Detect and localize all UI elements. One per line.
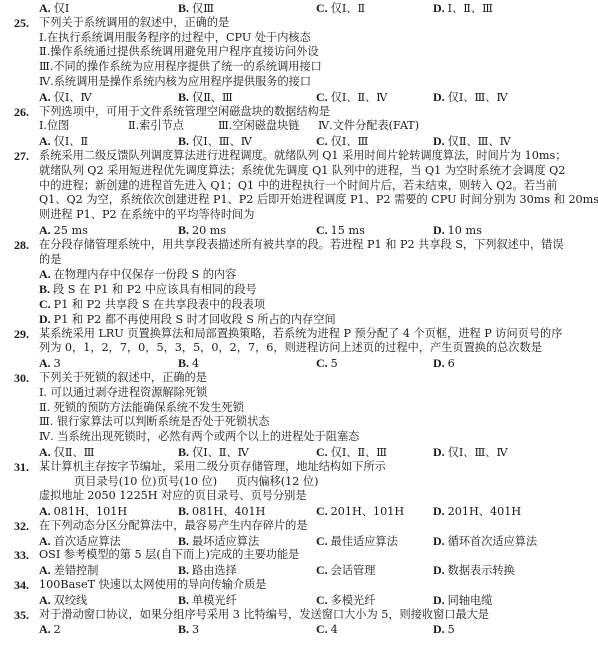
- statement: Ⅱ.操作系统通过提供系统调用避免用户程序直接访问外设: [39, 45, 319, 60]
- question-number: 29.: [14, 327, 29, 342]
- question-28-stem: 28. 在分段存储管理系统中，用共享段表描述所有被共享的段。若进程 P1 和 P…: [0, 238, 598, 253]
- option-c: C.5: [316, 356, 338, 372]
- prev-options-row: A.仅Ⅰ B.仅Ⅲ C.仅Ⅰ、Ⅱ D.Ⅰ、Ⅱ、Ⅲ: [0, 1, 598, 16]
- option-a: A.在物理内存中仅保存一份段 S 的内容: [39, 267, 236, 283]
- question-27-stem: 27. 系统采用二级反馈队列调度算法进行进程调度。就绪队列 Q1 采用时间片轮转…: [0, 149, 598, 164]
- option-d: D.仅Ⅰ、Ⅲ、Ⅳ: [433, 445, 508, 461]
- option-a: A.081H、101H: [39, 504, 127, 520]
- option-d: D.201H、401H: [433, 504, 521, 520]
- option-d: D.Ⅰ、Ⅱ、Ⅲ: [433, 1, 493, 17]
- option-b: B.4: [178, 356, 199, 372]
- option-b: B.仅Ⅲ: [178, 1, 214, 17]
- statement: Ⅳ.系统调用是操作系统内核为应用程序提供服务的接口: [39, 75, 311, 90]
- option-a: A.仅Ⅰ、Ⅱ: [39, 134, 88, 150]
- question-number: 33.: [14, 548, 29, 563]
- option-c: C.会话管理: [316, 563, 375, 579]
- question-30-stem: 30. 下列关于死锁的叙述中，正确的是: [0, 371, 598, 386]
- option-a: A.25 ms: [39, 223, 88, 239]
- option-b: B.仅Ⅱ、Ⅲ: [178, 90, 233, 106]
- option-d: D.仅Ⅱ、Ⅲ、Ⅳ: [433, 134, 511, 150]
- stem-continuation: 虚拟地址 2050 1225H 对应的页目录号、页号分别是: [39, 489, 307, 504]
- question-35-options: A.2 B.3 C.4 D.5: [0, 622, 598, 637]
- item: Ⅳ.文件分配表(FAT): [318, 119, 419, 134]
- question-number: 28.: [14, 238, 29, 253]
- question-26-stem: 26. 下列选项中，可用于文件系统管理空闲磁盘块的数据结构是: [0, 105, 598, 120]
- option-a: A.仅Ⅰ、Ⅳ: [39, 90, 92, 106]
- question-32-options: A.首次适应算法 B.最坏适应算法 C.最佳适应算法 D.循环首次适应算法: [0, 534, 598, 549]
- option-d: D.6: [433, 356, 455, 372]
- question-number: 26.: [14, 105, 29, 120]
- option-b: B.仅Ⅰ、Ⅲ、Ⅳ: [178, 134, 252, 150]
- question-number: 34.: [14, 578, 29, 593]
- option-d: D.5: [433, 622, 455, 638]
- question-33-stem: 33. OSI 参考模型的第 5 层(自下而上)完成的主要功能是: [0, 548, 598, 563]
- option-c: C.仅Ⅰ、Ⅱ、Ⅳ: [316, 90, 387, 106]
- option-b: B.仅Ⅰ、Ⅱ、Ⅳ: [178, 445, 249, 461]
- option-b: B.081H、401H: [178, 504, 265, 520]
- stem-continuation: 中的进程；新创建的进程首先进入 Q1；Q1 中的进程执行一个时间片后，若未结束，…: [39, 179, 557, 194]
- question-number: 35.: [14, 608, 29, 623]
- question-34-stem: 34. 100BaseT 快速以太网使用的导向传输介质是: [0, 578, 598, 593]
- option-c: C.仅Ⅰ、Ⅲ: [316, 134, 368, 150]
- address-field: 页目录号(10 位): [74, 475, 156, 490]
- statement: Ⅱ. 死锁的预防方法能确保系统不发生死锁: [39, 401, 244, 416]
- option-c: C.15 ms: [316, 223, 365, 239]
- question-29-options: A.3 B.4 C.5 D.6: [0, 356, 598, 371]
- question-27-options: A.25 ms B.20 ms C.15 ms D.10 ms: [0, 223, 598, 238]
- option-d: D.10 ms: [433, 223, 482, 239]
- statement: Ⅳ. 当系统出现死锁时，必然有两个或两个以上的进程处于阻塞态: [39, 430, 359, 445]
- option-c: C.仅Ⅰ、Ⅱ: [316, 1, 365, 17]
- option-c: C.P1 和 P2 共享段 S 在共享段表中的段表项: [39, 297, 265, 313]
- question-number: 31.: [14, 460, 29, 475]
- option-c: C.最佳适应算法: [316, 534, 398, 550]
- question-31-options: A.081H、101H B.081H、401H C.201H、101H D.20…: [0, 504, 598, 519]
- statement: Ⅲ. 银行家算法可以判断系统是否处于死锁状态: [39, 415, 269, 430]
- question-number: 32.: [14, 519, 29, 534]
- exam-page: A.仅Ⅰ B.仅Ⅲ C.仅Ⅰ、Ⅱ D.Ⅰ、Ⅱ、Ⅲ 25. 下列关于系统调用的叙述…: [0, 1, 598, 637]
- option-d: D.循环首次适应算法: [433, 534, 537, 550]
- option-b: B.段 S 在 P1 和 P2 中应该具有相同的段号: [39, 282, 257, 298]
- question-number: 27.: [14, 149, 29, 164]
- option-d: D.数据表示转换: [433, 563, 515, 579]
- option-a: A.3: [39, 356, 61, 372]
- option-a: A.2: [39, 622, 61, 638]
- question-34-options: A.双绞线 B.单模光纤 C.多模光纤 D.同轴电缆: [0, 593, 598, 608]
- address-structure: 页目录号(10 位) 页号(10 位) 页内偏移(12 位): [0, 475, 598, 490]
- question-25-options: A.仅Ⅰ、Ⅳ B.仅Ⅱ、Ⅲ C.仅Ⅰ、Ⅱ、Ⅳ D.仅Ⅰ、Ⅲ、Ⅳ: [0, 90, 598, 105]
- stem-continuation: 则进程 P1、P2 在系统中的平均等待时间为: [39, 208, 254, 223]
- option-a: A.差错控制: [39, 563, 98, 579]
- question-30-options: A.仅Ⅱ、Ⅲ B.仅Ⅰ、Ⅱ、Ⅳ C.仅Ⅰ、Ⅱ、Ⅲ D.仅Ⅰ、Ⅲ、Ⅳ: [0, 445, 598, 460]
- statement: Ⅲ.不同的操作系统为应用程序提供了统一的系统调用接口: [39, 60, 322, 75]
- question-26-items: Ⅰ.位图 Ⅱ.索引节点 Ⅲ.空闲磁盘块链 Ⅳ.文件分配表(FAT): [0, 119, 598, 134]
- address-field: 页内偏移(12 位): [236, 475, 318, 490]
- stem-continuation: Q1、Q2 为空，系统依次创建进程 P1、P2 后即开始进程调度 P1、P2 需…: [39, 193, 598, 208]
- option-b: B.路由选择: [178, 563, 237, 579]
- stem-continuation: 就绪队列 Q2 采用短进程优先调度算法；系统优先调度 Q1 队列中的进程，当 Q…: [39, 164, 565, 179]
- item: Ⅰ.位图: [39, 119, 69, 134]
- question-32-stem: 32. 在下列动态分区分配算法中，最容易产生内存碎片的是: [0, 519, 598, 534]
- option-a: A.双绞线: [39, 593, 87, 609]
- question-33-options: A.差错控制 B.路由选择 C.会话管理 D.数据表示转换: [0, 563, 598, 578]
- question-31-stem: 31. 某计算机主存按字节编址，采用二级分页存储管理，地址结构如下所示: [0, 460, 598, 475]
- option-b: B.3: [178, 622, 199, 638]
- option-c: C.4: [316, 622, 338, 638]
- question-35-stem: 35. 对于滑动窗口协议，如果分组序号采用 3 比特编号，发送窗口大小为 5，则…: [0, 608, 598, 623]
- option-b: B.20 ms: [178, 223, 226, 239]
- question-26-options: A.仅Ⅰ、Ⅱ B.仅Ⅰ、Ⅲ、Ⅳ C.仅Ⅰ、Ⅲ D.仅Ⅱ、Ⅲ、Ⅳ: [0, 134, 598, 149]
- stem-continuation: 的是: [39, 253, 61, 268]
- option-d: D.仅Ⅰ、Ⅲ、Ⅳ: [433, 90, 508, 106]
- question-25-stem: 25. 下列关于系统调用的叙述中，正确的是: [0, 16, 598, 31]
- option-d: D.P1 和 P2 都不再使用段 S 时才回收段 S 所占的内存空间: [39, 312, 336, 328]
- question-number: 25.: [14, 16, 29, 31]
- option-b: B.单模光纤: [178, 593, 237, 609]
- question-29-stem: 29. 某系统采用 LRU 页置换算法和局部置换策略，若系统为进程 P 预分配了…: [0, 327, 598, 342]
- statement: Ⅰ.在执行系统调用服务程序的过程中，CPU 处于内核态: [39, 31, 311, 46]
- statement: Ⅰ. 可以通过剥夺进程资源解除死锁: [39, 386, 207, 401]
- option-c: C.201H、101H: [316, 504, 404, 520]
- address-field: 页号(10 位): [157, 475, 217, 490]
- option-a: A.仅Ⅰ: [39, 1, 69, 17]
- option-c: C.多模光纤: [316, 593, 375, 609]
- question-number: 30.: [14, 371, 29, 386]
- item: Ⅱ.索引节点: [128, 119, 184, 134]
- option-d: D.同轴电缆: [433, 593, 492, 609]
- stem-continuation: 列为 0，1，2，7，0，5，3，5，0，2，7，6，则进程访问上述页的过程中，…: [39, 341, 542, 356]
- item: Ⅲ.空闲磁盘块链: [218, 119, 299, 134]
- option-c: C.仅Ⅰ、Ⅱ、Ⅲ: [316, 445, 387, 461]
- option-a: A.仅Ⅱ、Ⅲ: [39, 445, 94, 461]
